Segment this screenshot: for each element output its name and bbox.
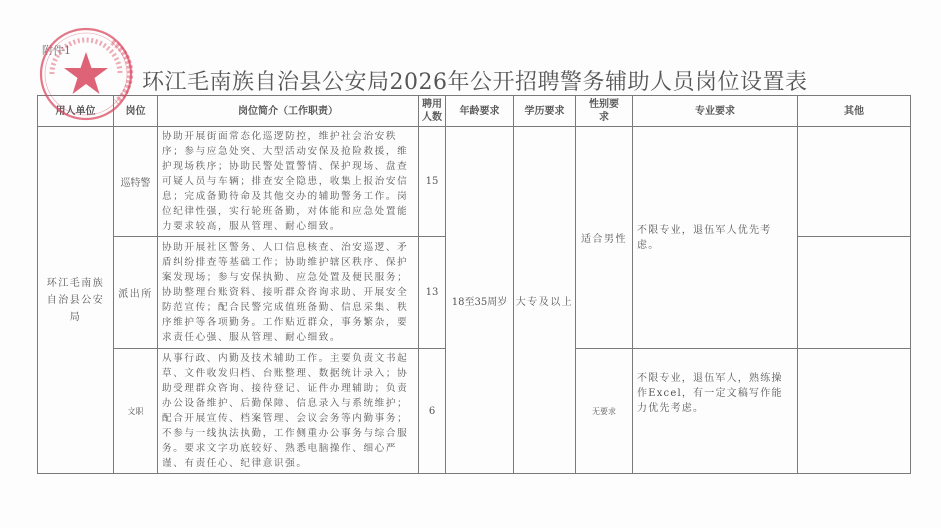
other-cell — [798, 127, 911, 237]
count-cell: 15 — [419, 127, 446, 237]
header-duties: 岗位简介（工作职责） — [158, 96, 419, 127]
duties-cell: 协助开展社区警务、人口信息核查、治安巡逻、矛盾纠纷排查等基础工作；协助维护辖区秩… — [158, 237, 419, 349]
header-education: 学历要求 — [514, 96, 576, 127]
unit-cell: 环江毛南族自治县公安局 — [38, 127, 114, 474]
major-cell: 不限专业，退伍军人优先考虑。 — [633, 127, 798, 349]
table-header-row: 用人单位 岗位 岗位简介（工作职责） 聘用人数 年龄要求 学历要求 性别要求 专… — [38, 96, 911, 127]
header-gender: 性别要求 — [576, 96, 633, 127]
count-cell: 6 — [419, 349, 446, 474]
position-cell: 文职 — [114, 349, 158, 474]
header-count: 聘用人数 — [419, 96, 446, 127]
header-unit: 用人单位 — [38, 96, 114, 127]
position-cell: 巡特警 — [114, 127, 158, 237]
header-age: 年龄要求 — [446, 96, 514, 127]
duties-cell: 协助开展街面常态化巡逻防控，维护社会治安秩序；参与应急处突、大型活动安保及抢险救… — [158, 127, 419, 237]
gender-cell: 无要求 — [576, 349, 633, 474]
count-cell: 13 — [419, 237, 446, 349]
duties-cell: 从事行政、内勤及技术辅助工作。主要负责文书起草、文件收发归档、台账整理、数据统计… — [158, 349, 419, 474]
gender-cell: 适合男性 — [576, 127, 633, 349]
position-table: 用人单位 岗位 岗位简介（工作职责） 聘用人数 年龄要求 学历要求 性别要求 专… — [37, 95, 911, 474]
table-row: 环江毛南族自治县公安局 巡特警 协助开展街面常态化巡逻防控，维护社会治安秩序；参… — [38, 127, 911, 237]
header-major: 专业要求 — [633, 96, 798, 127]
education-cell: 大专及以上 — [514, 127, 576, 474]
other-cell — [798, 237, 911, 349]
age-cell: 18至35周岁 — [446, 127, 514, 474]
page-title: 环江毛南族自治县公安局2026年公开招聘警务辅助人员岗位设置表 — [142, 65, 808, 96]
other-cell — [798, 349, 911, 474]
attachment-label: 附件1 — [42, 42, 71, 58]
header-other: 其他 — [798, 96, 911, 127]
header-position: 岗位 — [114, 96, 158, 127]
position-cell: 派出所 — [114, 237, 158, 349]
major-cell: 不限专业，退伍军人，熟练操作Excel，有一定文稿写作能力优先考虑。 — [633, 349, 798, 474]
